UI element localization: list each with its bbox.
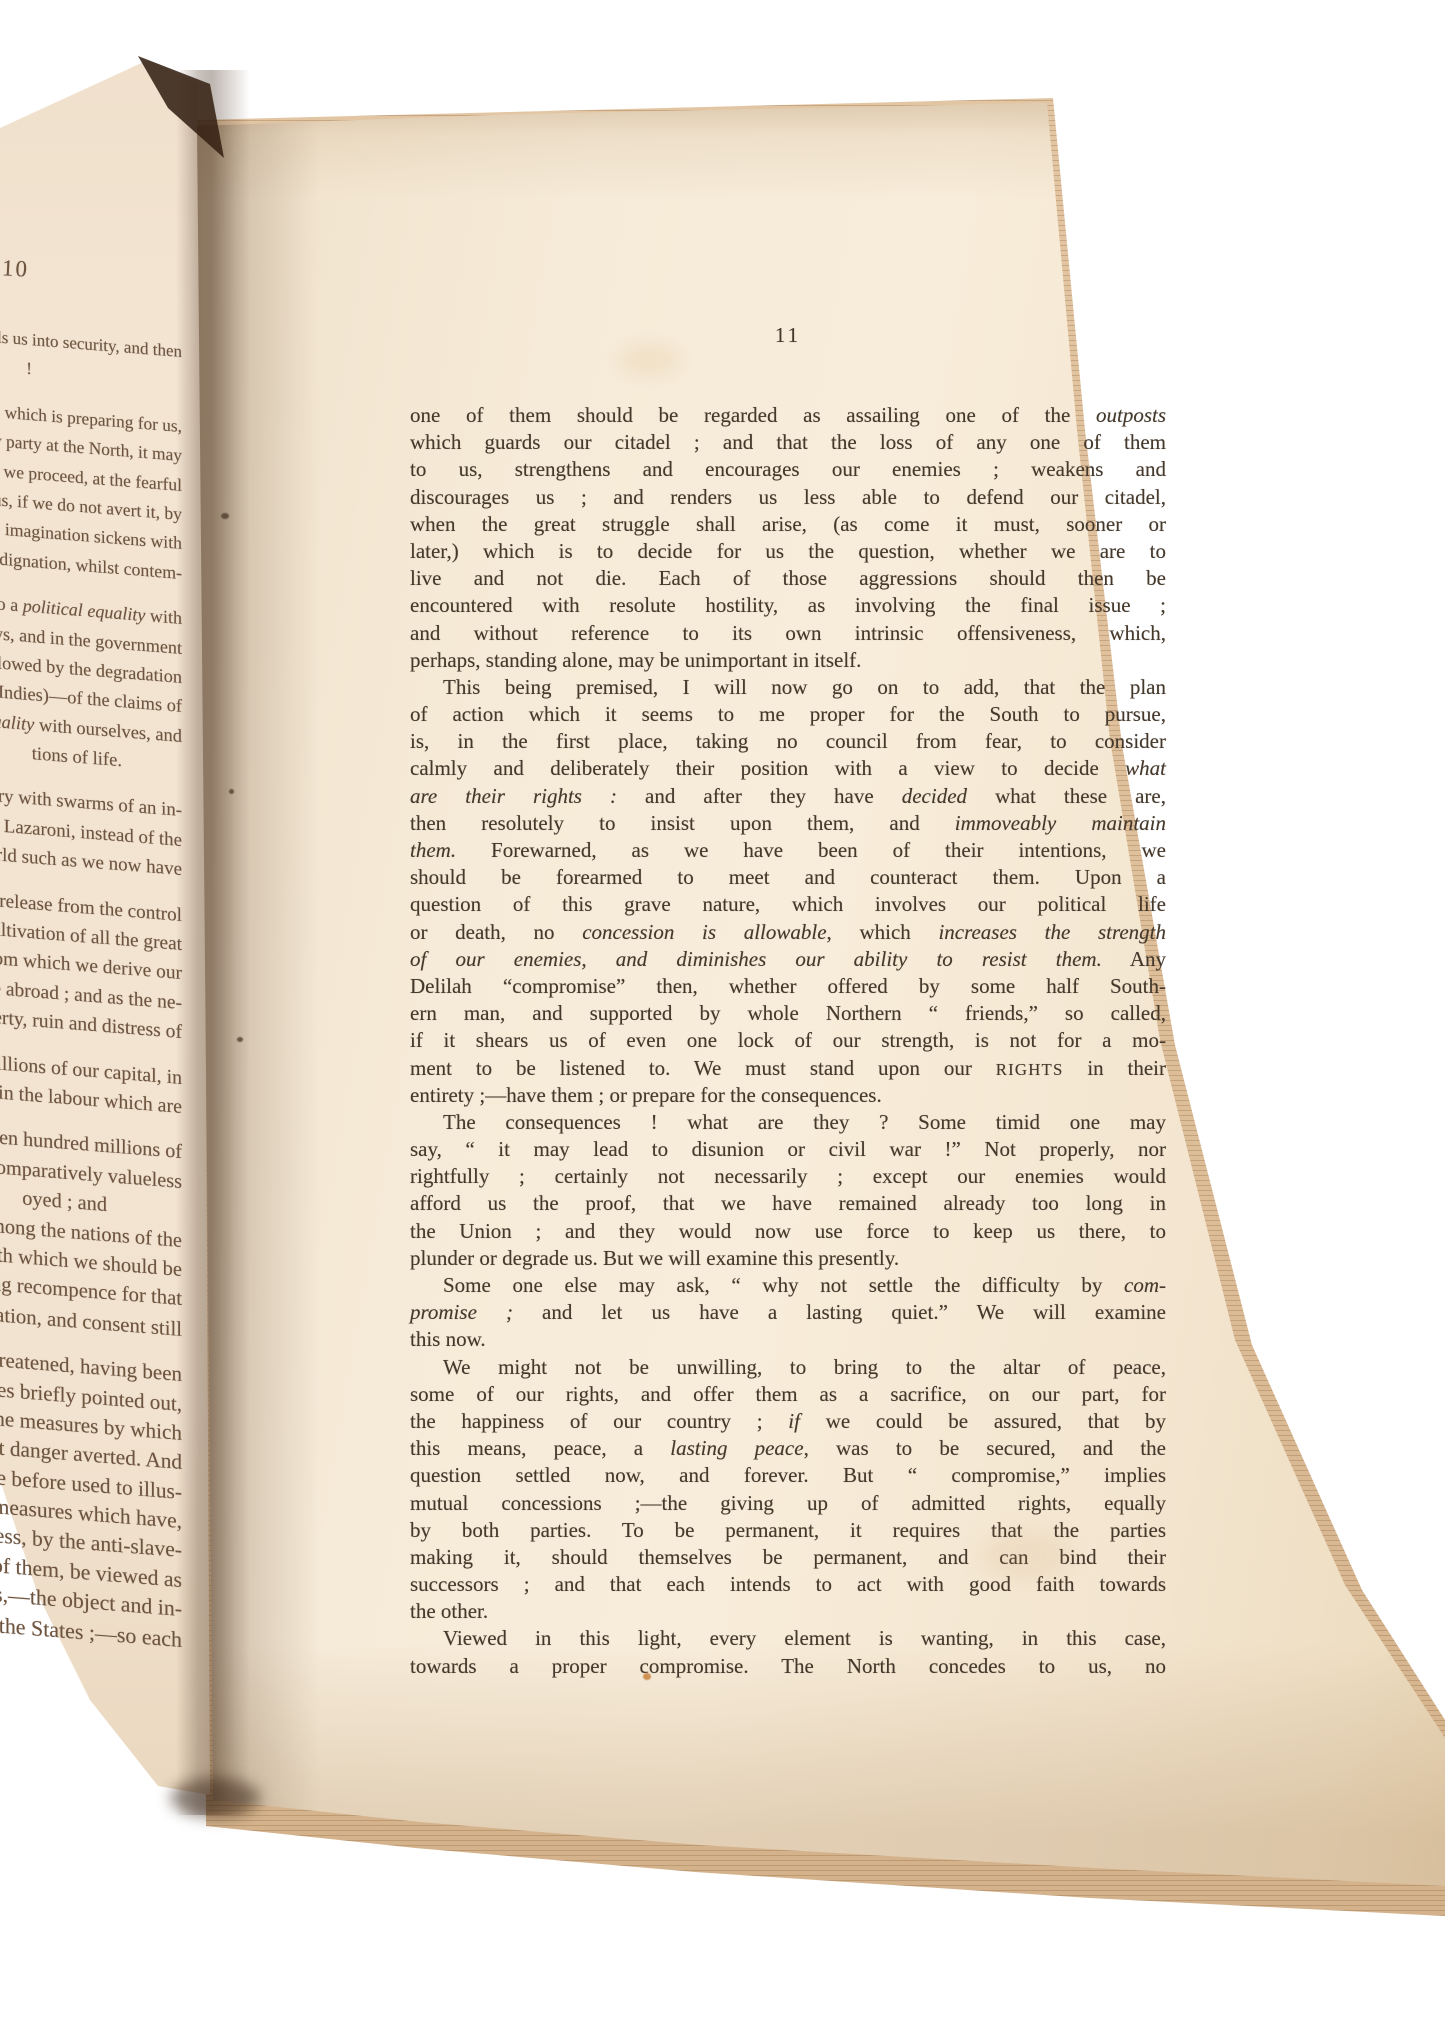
text-line: to us, strengthens and encourages our en… (410, 456, 1166, 483)
text-line: then resolutely to insist upon them, and… (410, 810, 1166, 837)
text-line: ern man, and supported by whole Northern… (410, 1000, 1166, 1027)
text-line: calmly and deliberately their position w… (410, 755, 1166, 782)
text-line: this means, peace, a lasting peace, was … (410, 1435, 1166, 1462)
text-line: The consequences ! what are they ? Some … (410, 1109, 1166, 1136)
text-line: should be forearmed to meet and countera… (410, 864, 1166, 891)
text-line: when the great struggle shall arise, (as… (410, 511, 1166, 538)
left-page-text: he lulls us into security, and then!y ev… (0, 302, 182, 1654)
right-page-number: 11 (410, 322, 1166, 348)
text-line: of our enemies, and diminishes our abili… (410, 946, 1166, 973)
spine-shadow (176, 70, 250, 1815)
text-line: encountered with resolute hostility, as … (410, 592, 1166, 619)
text-line: ment to be listened to. We must stand up… (410, 1055, 1166, 1082)
text-line: perhaps, standing alone, may be unimport… (410, 647, 1166, 674)
text-line: which guards our citadel ; and that the … (410, 429, 1166, 456)
text-line: the Union ; and they would now use force… (410, 1218, 1166, 1245)
text-line: mutual concessions ;—the giving up of ad… (410, 1490, 1166, 1517)
text-line: This being premised, I will now go on to… (410, 674, 1166, 701)
text-line: afford us the proof, that we have remain… (410, 1190, 1166, 1217)
text-line: promise ; and let us have a lasting quie… (410, 1299, 1166, 1326)
text-line: We might not be unwilling, to bring to t… (410, 1354, 1166, 1381)
foxing-spot (980, 1530, 1070, 1580)
text-line: rightfully ; certainly not necessarily ;… (410, 1163, 1166, 1190)
spine-shadow-bottom (170, 1778, 260, 1818)
foxing-spot (643, 1673, 651, 1680)
text-line: and without reference to its own intrins… (410, 620, 1166, 647)
text-line: Delilah “compromise” then, whether offer… (410, 973, 1166, 1000)
text-line: Viewed in this light, every element is w… (410, 1625, 1166, 1652)
text-line: question of this grave nature, which inv… (410, 891, 1166, 918)
text-line: the other. (410, 1598, 1166, 1625)
text-line: later,) which is to decide for us the qu… (410, 538, 1166, 565)
text-line: is, in the first place, taking no counci… (410, 728, 1166, 755)
foxing-spot (620, 345, 680, 375)
binding-hole (221, 513, 229, 519)
text-line: them. Forewarned, as we have been of the… (410, 837, 1166, 864)
text-line: some of our rights, and offer them as a … (410, 1381, 1166, 1408)
text-line: entirety ;—have them ; or prepare for th… (410, 1082, 1166, 1109)
text-line: or death, no concession is allowable, wh… (410, 919, 1166, 946)
binding-hole (237, 1037, 243, 1042)
binding-hole (229, 789, 234, 794)
text-line: say, “ it may lead to disunion or civil … (410, 1136, 1166, 1163)
text-line: if it shears us of even one lock of our … (410, 1027, 1166, 1054)
right-page-text: 11 one of them should be regarded as ass… (410, 322, 1166, 1680)
text-line: one of them should be regarded as assail… (410, 402, 1166, 429)
text-line: live and not die. Each of those aggressi… (410, 565, 1166, 592)
left-page-number: 10 (1, 255, 29, 282)
text-line: the happiness of our country ; if we cou… (410, 1408, 1166, 1435)
text-line: Some one else may ask, “ why not settle … (410, 1272, 1166, 1299)
text-line: towards a proper compromise. The North c… (410, 1653, 1166, 1680)
text-line: plunder or degrade us. But we will exami… (410, 1245, 1166, 1272)
text-line: of action which it seems to me proper fo… (410, 701, 1166, 728)
text-line: question settled now, and forever. But “… (410, 1462, 1166, 1489)
text-line: this now. (410, 1326, 1166, 1353)
text-line: successors ; and that each intends to ac… (410, 1571, 1166, 1598)
text-line: discourages us ; and renders us less abl… (410, 484, 1166, 511)
book-photograph: { "photo": { "background_color": "#fffff… (0, 0, 1445, 2023)
text-line: are their rights : and after they have d… (410, 783, 1166, 810)
